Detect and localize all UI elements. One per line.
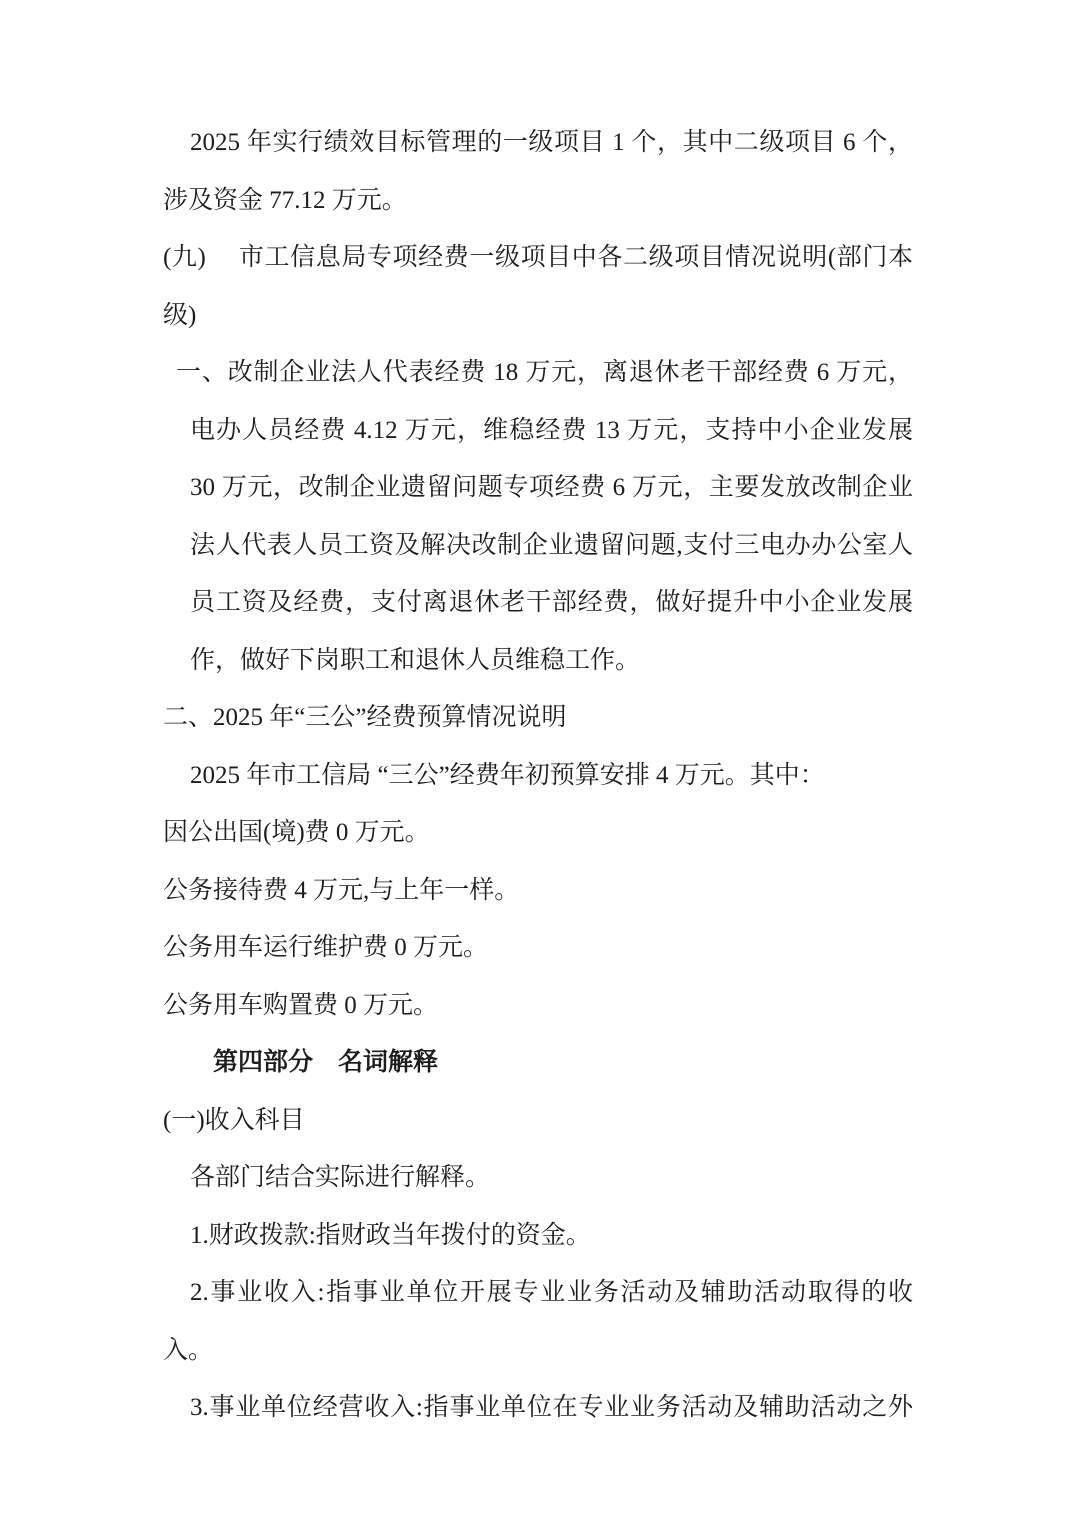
document-text-line: (九) 市工信息局专项经费一级项目中各二级项目情况说明(部门本: [163, 229, 913, 287]
document-text-line: 公务用车运行维护费 0 万元。: [163, 919, 913, 977]
document-text-line: 一、改制企业法人代表经费 18 万元，离退休老干部经费 6 万元，三: [176, 344, 913, 402]
document-text-line: 入。: [163, 1322, 913, 1380]
document-text-line: 涉及资金 77.12 万元。: [163, 172, 913, 230]
document-text-line: 二、2025 年“三公”经费预算情况说明: [163, 689, 913, 747]
document-text-line: 2025 年市工信局 “三公”经费年初预算安排 4 万元。其中：: [190, 747, 913, 805]
document-text-line: 各部门结合实际进行解释。: [190, 1149, 913, 1207]
document-text-line: 2025 年实行绩效目标管理的一级项目 1 个，其中二级项目 6 个，: [190, 114, 913, 172]
document-text-line: 2.事业收入:指事业单位开展专业业务活动及辅助活动取得的收: [190, 1264, 913, 1322]
document-text-line: 员工资及经费，支付离退休老干部经费，做好提升中小企业发展工: [190, 574, 913, 632]
document-text-line: 作，做好下岗职工和退休人员维稳工作。: [190, 632, 913, 690]
document-text-line: (一)收入科目: [163, 1092, 913, 1150]
document-text-line: 3.事业单位经营收入:指事业单位在专业业务活动及辅助活动之外: [190, 1379, 913, 1437]
document-text-block: 2025 年实行绩效目标管理的一级项目 1 个，其中二级项目 6 个，涉及资金 …: [163, 114, 913, 1437]
document-text-line: 1.财政拨款:指财政当年拨付的资金。: [190, 1207, 913, 1265]
document-text-line: 法人代表人员工资及解决改制企业遗留问题,支付三电办办公室人: [190, 517, 913, 575]
document-text-line: 电办人员经费 4.12 万元，维稳经费 13 万元，支持中小企业发展: [190, 402, 913, 460]
document-text-line: 公务用车购置费 0 万元。: [163, 977, 913, 1035]
document-text-line: 级): [163, 287, 913, 345]
document-page: 2025 年实行绩效目标管理的一级项目 1 个，其中二级项目 6 个，涉及资金 …: [0, 0, 1074, 1520]
document-text-line: 因公出国(境)费 0 万元。: [163, 804, 913, 862]
document-text-line: 公务接待费 4 万元,与上年一样。: [163, 862, 913, 920]
document-text-line: 第四部分 名词解释: [213, 1034, 913, 1092]
document-text-line: 30 万元，改制企业遗留问题专项经费 6 万元，主要发放改制企业: [190, 459, 913, 517]
